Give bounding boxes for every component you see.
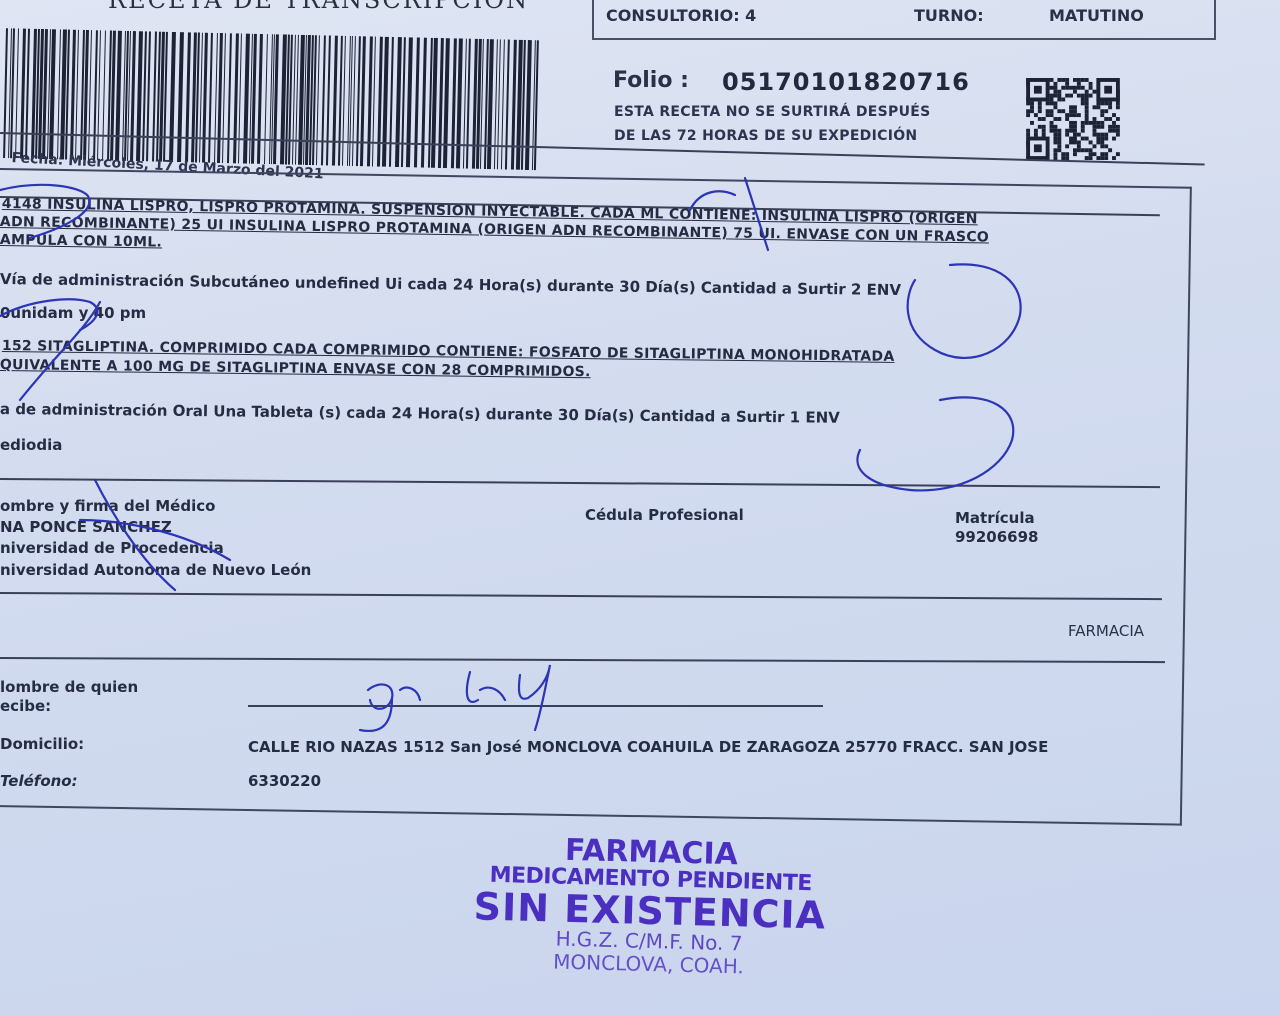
university-value: niversidad Autonoma de Nuevo León bbox=[0, 561, 311, 579]
folio-value: 05170101820716 bbox=[722, 68, 970, 96]
telefono-label: Teléfono: bbox=[0, 772, 78, 790]
receiver-name-label-1: lombre de quien bbox=[0, 678, 138, 696]
medication-2-note: ediodia bbox=[0, 436, 62, 454]
matricula-value: 99206698 bbox=[955, 528, 1039, 546]
matricula-label: Matrícula bbox=[955, 509, 1035, 527]
turno-value: MATUTINO bbox=[1049, 6, 1144, 25]
consultorio-box: CONSULTORIO: 4 TURNO: MATUTINO bbox=[592, 0, 1216, 40]
consultorio-label: CONSULTORIO: 4 bbox=[606, 6, 756, 25]
folio-note-line1: ESTA RECETA NO SE SURTIRÁ DESPUÉS bbox=[614, 104, 930, 120]
domicilio-label: Domicilio: bbox=[0, 735, 84, 753]
document-title: RECETA DE TRANSCRIPCIÓN bbox=[108, 0, 529, 14]
turno-label: TURNO: bbox=[914, 6, 984, 25]
cedula-label: Cédula Profesional bbox=[585, 506, 744, 524]
receiver-name-label-2: ecibe: bbox=[0, 697, 51, 715]
medication-1-description-line3: AMPULA CON 10ML. bbox=[0, 232, 162, 251]
receiver-signature-line bbox=[248, 705, 823, 707]
medication-1-note: 0unidam y 40 pm bbox=[0, 304, 146, 322]
folio-note-line2: DE LAS 72 HORAS DE SU EXPEDICIÓN bbox=[614, 128, 917, 144]
pharmacy-stamp: FARMACIA MEDICAMENTO PENDIENTE SIN EXIST… bbox=[438, 833, 861, 982]
doctor-signature-label: ombre y firma del Médico bbox=[0, 497, 215, 515]
folio-label: Folio : bbox=[613, 68, 689, 93]
telefono-value: 6330220 bbox=[248, 772, 321, 790]
farmacia-label: FARMACIA bbox=[1068, 622, 1144, 640]
domicilio-value: CALLE RIO NAZAS 1512 San José MONCLOVA C… bbox=[248, 738, 1048, 756]
barcode-icon bbox=[0, 28, 545, 170]
qr-code-icon bbox=[1025, 78, 1121, 160]
doctor-name: NA PONCE SANCHEZ bbox=[0, 518, 172, 536]
university-label: niversidad de Procedencia bbox=[0, 539, 224, 557]
